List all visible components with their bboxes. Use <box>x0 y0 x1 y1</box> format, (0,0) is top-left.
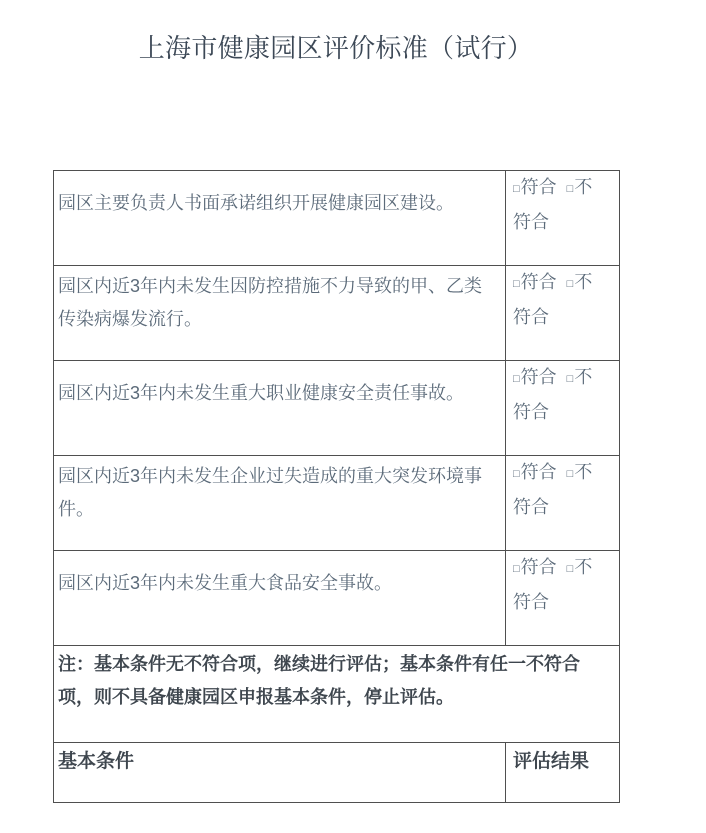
criteria-cell: 园区内近3年内未发生重大职业健康安全责任事故。 <box>54 361 506 456</box>
table-row: 园区内近3年内未发生重大食品安全事故。 □符合□不符合 <box>54 551 620 646</box>
result-cell: □符合□不符合 <box>506 266 620 361</box>
criteria-text: 园区内近3年内未发生重大职业健康安全责任事故。 <box>58 383 464 403</box>
criteria-text: 园区主要负责人书面承诺组织开展健康园区建设。 <box>58 193 454 213</box>
criteria-cell: 园区内近3年内未发生企业过失造成的重大突发环境事件。 <box>54 456 506 551</box>
criteria-text: 园区内近3年内未发生因防控措施不力导致的甲、乙类传染病爆发流行。 <box>58 276 482 329</box>
document-page: 上海市健康园区评价标准（试行） 园区主要负责人书面承诺组织开展健康园区建设。 □… <box>0 0 706 833</box>
option-compliant: □符合 <box>513 367 557 387</box>
criteria-header-label: 基本条件 <box>58 751 134 772</box>
criteria-header-cell: 基本条件 <box>54 743 506 803</box>
result-cell: □符合□不符合 <box>506 361 620 456</box>
option-compliant: □符合 <box>513 272 557 292</box>
table-row: 园区内近3年内未发生重大职业健康安全责任事故。 □符合□不符合 <box>54 361 620 456</box>
table-row: 园区内近3年内未发生因防控措施不力导致的甲、乙类传染病爆发流行。 □符合□不符合 <box>54 266 620 361</box>
checkbox-icon: □ <box>513 468 520 480</box>
option-label: 符合 <box>521 272 557 292</box>
option-compliant: □符合 <box>513 177 557 197</box>
table-row: 园区主要负责人书面承诺组织开展健康园区建设。 □符合□不符合 <box>54 171 620 266</box>
table-row: 园区内近3年内未发生企业过失造成的重大突发环境事件。 □符合□不符合 <box>54 456 620 551</box>
criteria-text: 园区内近3年内未发生企业过失造成的重大突发环境事件。 <box>58 466 482 519</box>
note-text: 注：基本条件无不符合项，继续进行评估；基本条件有任一不符合项，则不具备健康园区申… <box>58 654 580 707</box>
checkbox-icon: □ <box>567 563 574 575</box>
option-label: 符合 <box>521 177 557 197</box>
note-cell: 注：基本条件无不符合项，继续进行评估；基本条件有任一不符合项，则不具备健康园区申… <box>54 646 620 743</box>
header-row: 基本条件 评估结果 <box>54 743 620 803</box>
checkbox-icon: □ <box>513 373 520 385</box>
evaluation-table: 园区主要负责人书面承诺组织开展健康园区建设。 □符合□不符合 园区内近3年内未发… <box>53 170 620 803</box>
checkbox-icon: □ <box>513 183 520 195</box>
checkbox-icon: □ <box>513 278 520 290</box>
criteria-cell: 园区主要负责人书面承诺组织开展健康园区建设。 <box>54 171 506 266</box>
checkbox-icon: □ <box>567 373 574 385</box>
page-title: 上海市健康园区评价标准（试行） <box>53 28 619 65</box>
criteria-text: 园区内近3年内未发生重大食品安全事故。 <box>58 573 392 593</box>
option-label: 符合 <box>521 557 557 577</box>
option-label: 符合 <box>521 367 557 387</box>
checkbox-icon: □ <box>513 563 520 575</box>
criteria-cell: 园区内近3年内未发生因防控措施不力导致的甲、乙类传染病爆发流行。 <box>54 266 506 361</box>
option-compliant: □符合 <box>513 462 557 482</box>
checkbox-icon: □ <box>567 278 574 290</box>
result-header-cell: 评估结果 <box>506 743 620 803</box>
result-cell: □符合□不符合 <box>506 551 620 646</box>
checkbox-icon: □ <box>567 468 574 480</box>
result-cell: □符合□不符合 <box>506 171 620 266</box>
checkbox-icon: □ <box>567 183 574 195</box>
result-cell: □符合□不符合 <box>506 456 620 551</box>
option-label: 符合 <box>521 462 557 482</box>
result-header-label: 评估结果 <box>513 751 589 772</box>
option-compliant: □符合 <box>513 557 557 577</box>
criteria-cell: 园区内近3年内未发生重大食品安全事故。 <box>54 551 506 646</box>
note-row: 注：基本条件无不符合项，继续进行评估；基本条件有任一不符合项，则不具备健康园区申… <box>54 646 620 743</box>
